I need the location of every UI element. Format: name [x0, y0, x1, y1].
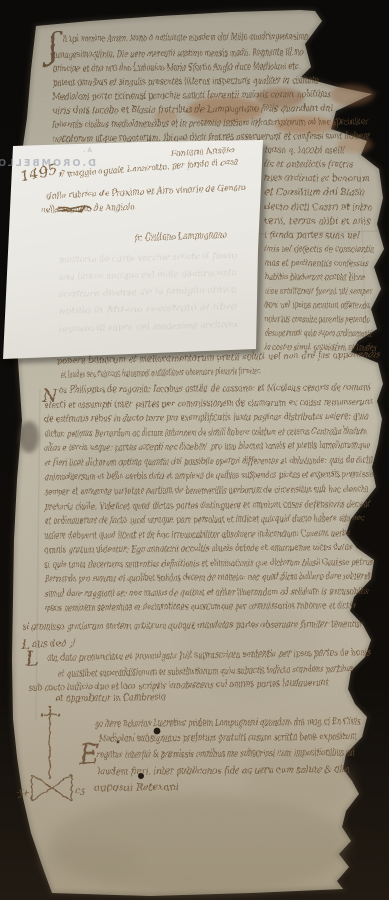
manuscript-line-ego-paragraph: rogatus interfui & premissis omnibus me … [96, 747, 354, 760]
manuscript-line-right-column: uiae arbitramur fuerint uti semper [264, 285, 372, 297]
manuscript-line-right-column: habitis bladorum accola libre [264, 271, 364, 283]
manuscript-line-right-column: notarius consulta parentis petendo [264, 313, 369, 325]
manuscript-line-right-column: terii. terras alibi et aliis [264, 215, 370, 227]
manuscript-line-ego-paragraph: laudem fieri. inter publicanos fide ac u… [97, 764, 349, 777]
manuscript-initial: N [40, 385, 58, 406]
manuscript-line-right-column: et Consilium dni Blasii [264, 186, 364, 198]
stamp-small-text: A. [81, 147, 92, 154]
manuscript-photograph: n xpi nomine Amen. Anno a natiuitate eiu… [0, 0, 389, 900]
manuscript-line-right-column: mas et pertinentiis confessus [264, 257, 368, 269]
manuscript-line-right-column: decto dicti Castri et intra [264, 201, 372, 213]
manuscript-initial: L [23, 646, 38, 670]
notary-right-mark: cʒ [74, 786, 85, 796]
manuscript-line-right-column: desuperandi quia supra ordinamenti [264, 327, 372, 339]
manuscript-initial: E [77, 738, 99, 770]
manuscript-line-laus-deo: aus deo ;/ [31, 637, 77, 649]
manuscript-line-ego-paragraph: go here notarius Lucretius pridem Lampug… [94, 716, 360, 729]
manuscript-line-ego-paragraph: apposui Retexani [94, 781, 178, 793]
manuscript-line-right-column: imis uel defectis de conscientia [264, 243, 374, 255]
manuscript-line-right-column: tonsa q. Iacobi aselli [264, 144, 344, 155]
manuscript-line-right-column: lis et antedictis fratris [264, 158, 352, 169]
manuscript-line-ego-paragraph: Mediolani subsignatus prefatum gratuiti … [97, 731, 356, 744]
archival-slip: memoria de carte vecchie notate al fondo… [0, 140, 267, 364]
manuscript-scan: n xpi nomine Amen. Anno a natiuitate eiu… [0, 0, 389, 900]
manuscript-line-right-column: ntes ordinati et bonorum [264, 172, 369, 184]
manuscript-line-right-column: boni uel ipsius omnium offerenda [264, 299, 370, 311]
manuscript-line-lata-paragraph: et approbatur in Cambresia [55, 691, 165, 704]
manuscript-line-right-column: i fundo partes suas uel [264, 229, 359, 240]
notary-left-mark: -ʃ+ [16, 788, 29, 798]
